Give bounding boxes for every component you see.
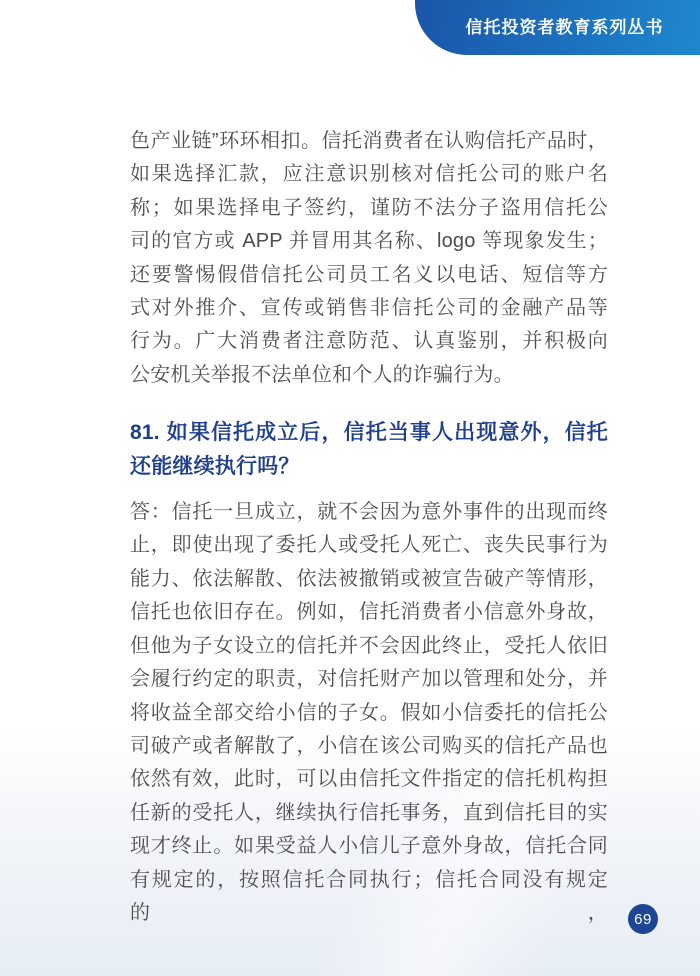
- series-title: 信托投资者教育系列丛书: [452, 13, 664, 42]
- text-line: 会履行约定的职责，对信托财产加以管理和处分，并: [130, 663, 608, 696]
- text-line: 还要警惕假借信托公司员工名义以电话、短信等方: [130, 259, 608, 292]
- text-line: 任新的受托人，继续执行信托事务，直到信托目的实: [130, 797, 608, 830]
- text-line: 81. 如果信托成立后，信托当事人出现意外，信托: [130, 416, 608, 449]
- page-number-badge: 69: [628, 904, 658, 934]
- text-line: 能力、依法解散、依法被撤销或被宣告破产等情形，: [130, 563, 608, 596]
- text-line: 色产业链”环环相扣。信托消费者在认购信托产品时，: [130, 125, 608, 158]
- text-line: 行为。广大消费者注意防范、认真鉴别，并积极向: [130, 325, 608, 358]
- page-content: 色产业链”环环相扣。信托消费者在认购信托产品时，如果选择汇款，应注意识别核对信托…: [130, 125, 608, 930]
- text-line: 司破产或者解散了，小信在该公司购买的信托产品也: [130, 730, 608, 763]
- text-line: 司的官方或 APP 并冒用其名称、logo 等现象发生；: [130, 225, 608, 258]
- text-line: 答：信托一旦成立，就不会因为意外事件的出现而终: [130, 496, 608, 529]
- text-line: 称；如果选择电子签约，谨防不法分子盗用信托公: [130, 192, 608, 225]
- text-line: 止，即使出现了委托人或受托人死亡、丧失民事行为: [130, 529, 608, 562]
- text-line: 公安机关举报不法单位和个人的诈骗行为。: [130, 359, 608, 392]
- text-line: 式对外推介、宣传或销售非信托公司的金融产品等: [130, 292, 608, 325]
- text-line: 依然有效，此时，可以由信托文件指定的信托机构担: [130, 763, 608, 796]
- text-line: 但他为子女设立的信托并不会因此终止，受托人依旧: [130, 630, 608, 663]
- text-line: 现才终止。如果受益人小信儿子意外身故，信托合同: [130, 830, 608, 863]
- text-line: 如果选择汇款，应注意识别核对信托公司的账户名: [130, 158, 608, 191]
- text-line: 信托也依旧存在。例如，信托消费者小信意外身故，: [130, 596, 608, 629]
- text-line: 将收益全部交给小信的子女。假如小信委托的信托公: [130, 697, 608, 730]
- text-line: 还能继续执行吗？: [130, 450, 608, 483]
- document-page: 信托投资者教育系列丛书 色产业链”环环相扣。信托消费者在认购信托产品时，如果选择…: [0, 0, 700, 976]
- answer-paragraph: 答：信托一旦成立，就不会因为意外事件的出现而终止，即使出现了委托人或受托人死亡、…: [130, 496, 608, 930]
- body-paragraph-continued: 色产业链”环环相扣。信托消费者在认购信托产品时，如果选择汇款，应注意识别核对信托…: [130, 125, 608, 392]
- text-line: 有规定的，按照信托合同执行；信托合同没有规定的，: [130, 864, 608, 931]
- header-banner: 信托投资者教育系列丛书: [415, 0, 700, 55]
- question-heading: 81. 如果信托成立后，信托当事人出现意外，信托还能继续执行吗？: [130, 416, 608, 483]
